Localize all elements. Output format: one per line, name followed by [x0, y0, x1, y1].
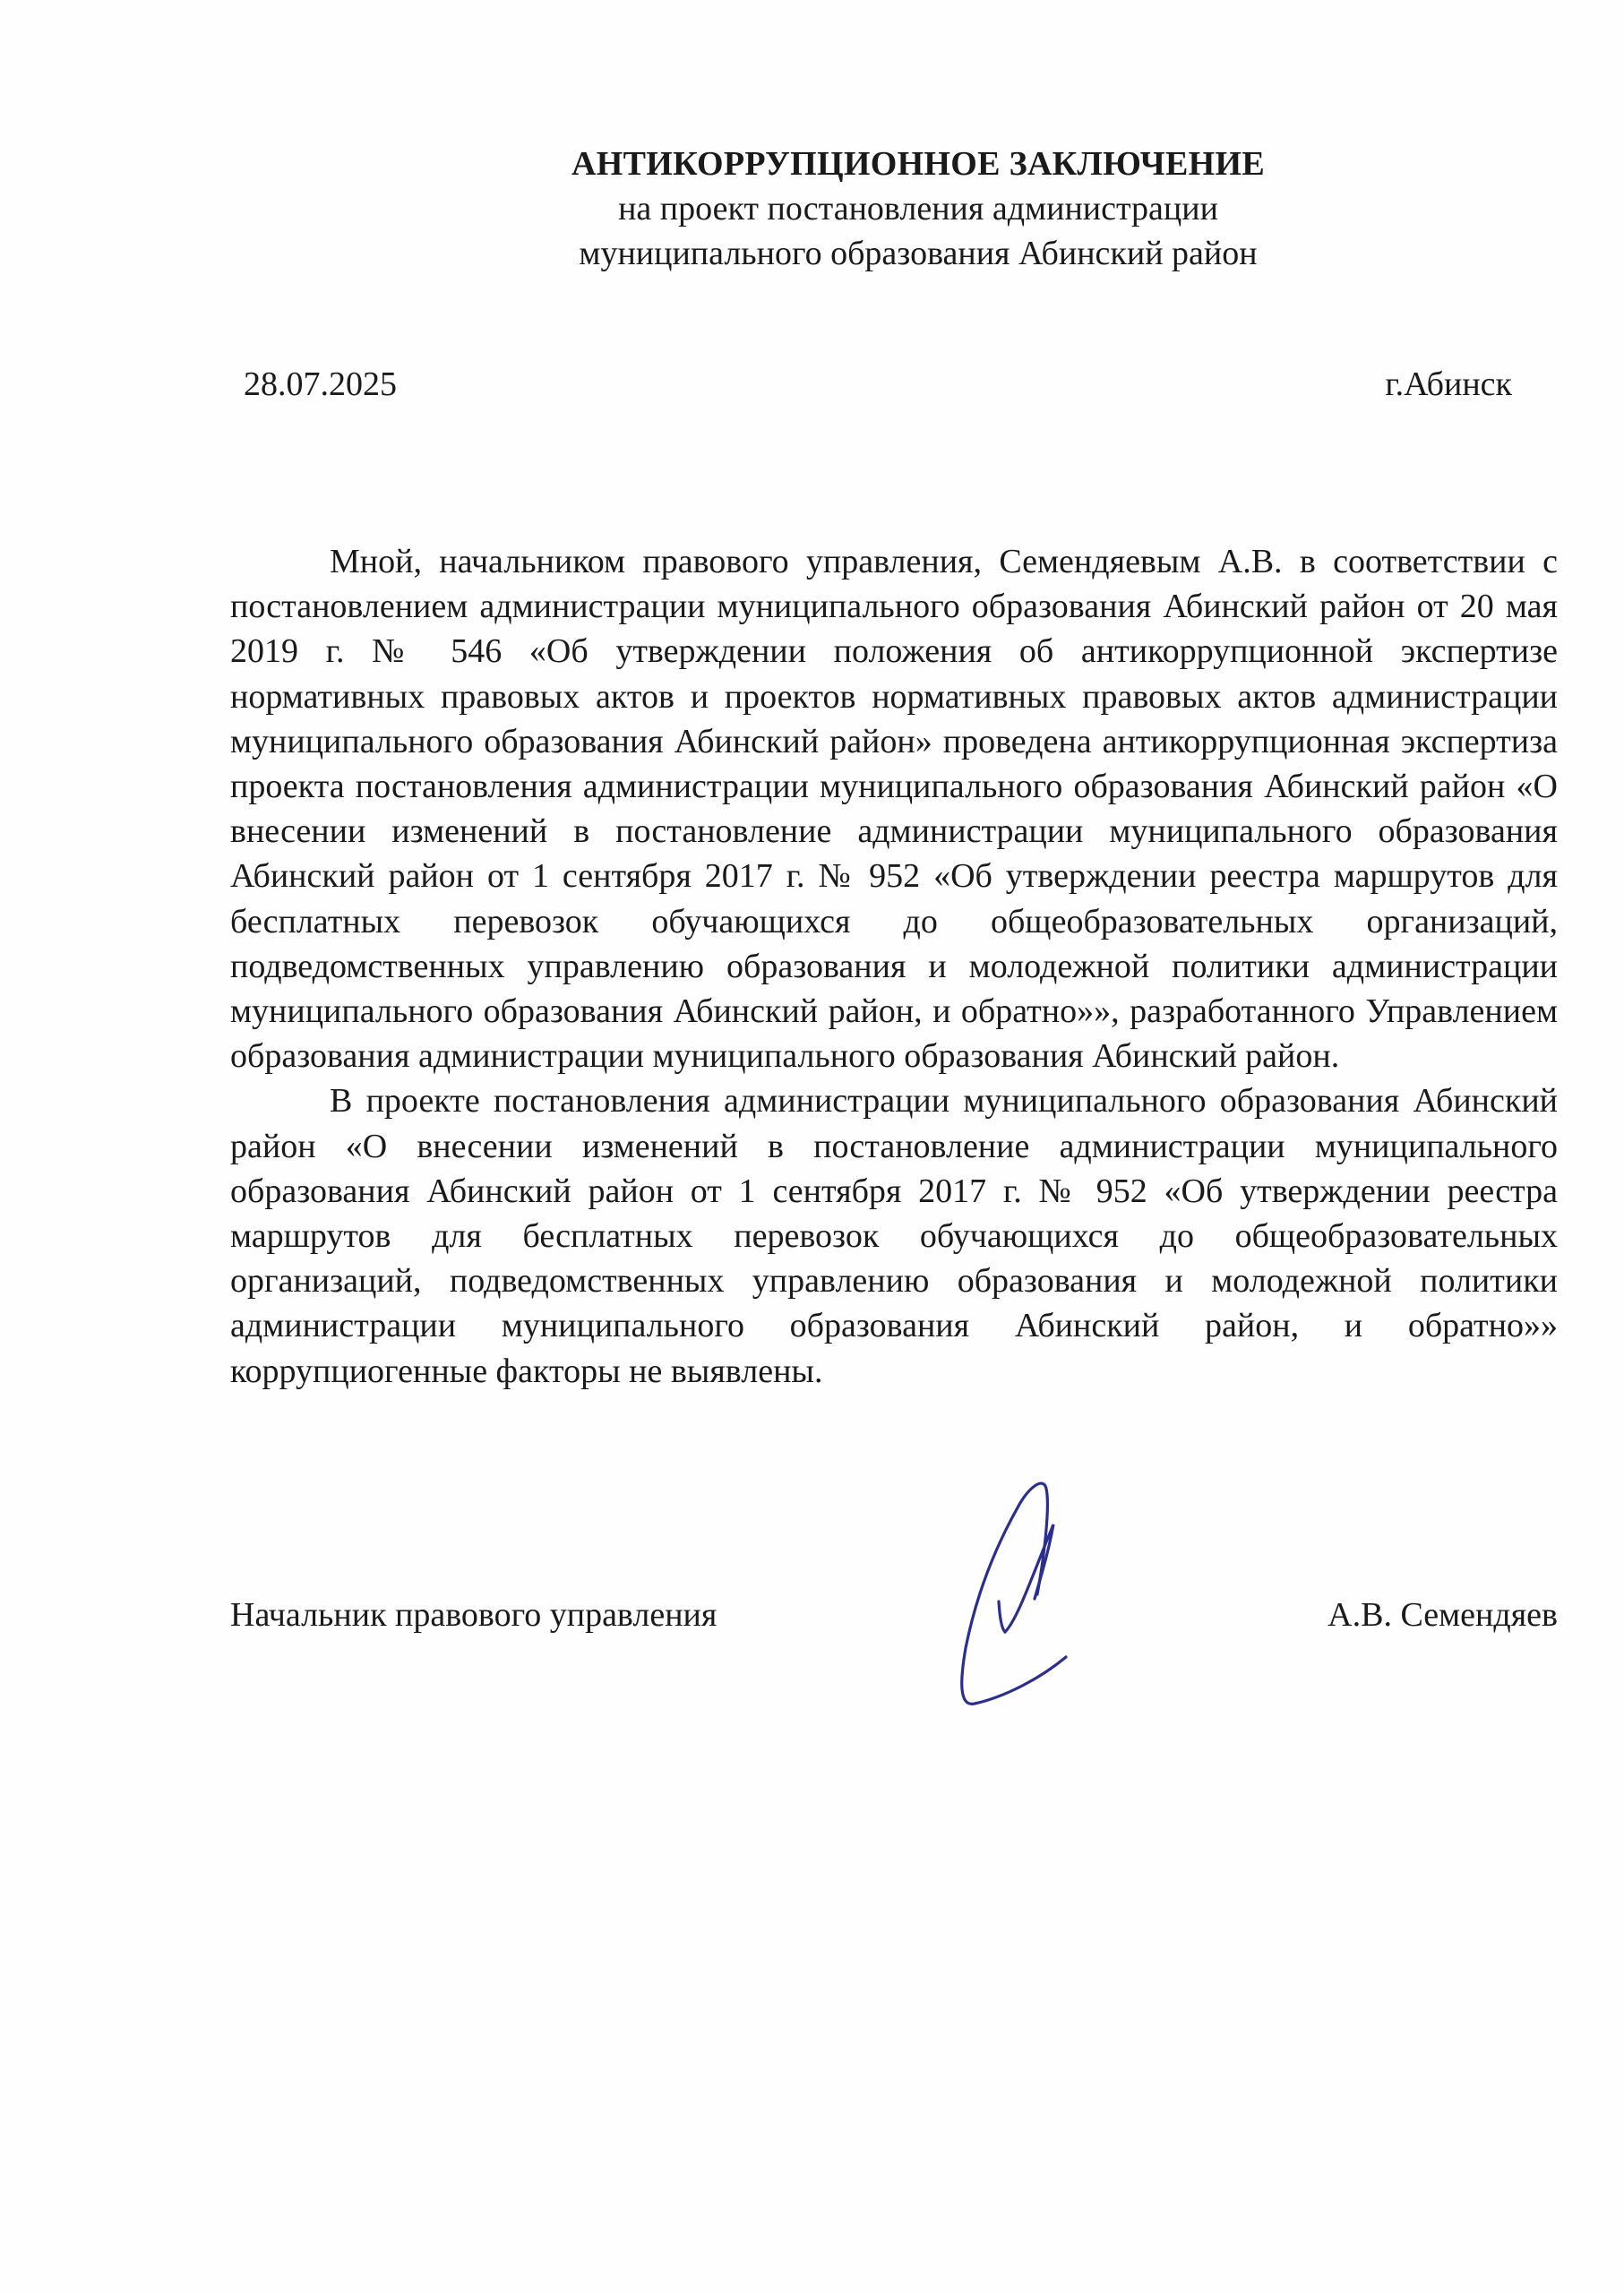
handwritten-signature-icon	[932, 1469, 1129, 1711]
document-date: 28.07.2025	[244, 362, 397, 407]
document-title: АНТИКОРРУПЦИОННОЕ ЗАКЛЮЧЕНИЕ	[269, 142, 1568, 186]
document-meta-row: 28.07.2025 г.Абинск	[244, 362, 1512, 407]
body-paragraph-2: В проекте постановления администрации му…	[230, 1078, 1558, 1393]
body-paragraph-1: Мной, начальником правового управления, …	[230, 539, 1558, 1078]
signature-block: Начальник правового управления А.В. Семе…	[230, 1593, 1558, 1637]
document-header: АНТИКОРРУПЦИОННОЕ ЗАКЛЮЧЕНИЕ на проект п…	[0, 142, 1624, 276]
document-subtitle-line-1: на проект постановления администрации	[269, 186, 1568, 231]
document-body: Мной, начальником правового управления, …	[230, 539, 1558, 1394]
signatory-position: Начальник правового управления	[230, 1593, 717, 1637]
document-place: г.Абинск	[1385, 362, 1512, 407]
document-page: АНТИКОРРУПЦИОННОЕ ЗАКЛЮЧЕНИЕ на проект п…	[0, 0, 1624, 2293]
signatory-name: А.В. Семендяев	[1328, 1593, 1558, 1637]
document-subtitle-line-2: муниципального образования Абинский райо…	[269, 231, 1568, 276]
